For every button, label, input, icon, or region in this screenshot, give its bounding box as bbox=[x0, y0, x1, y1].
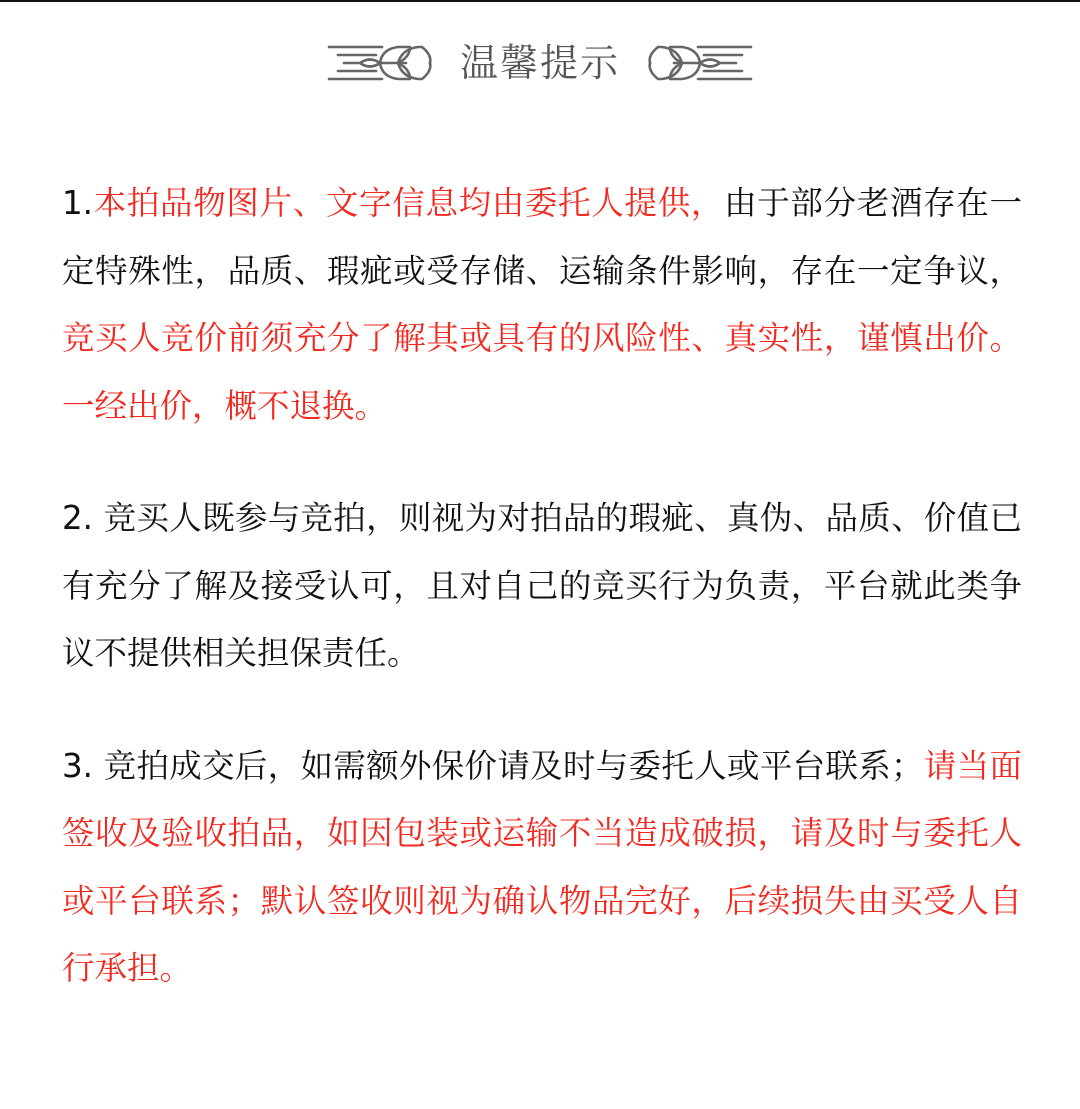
body-text: 3. 竞拍成交后，如需额外保价请及时与委托人或平台联系； bbox=[62, 747, 924, 785]
notice-item-2: 2. 竞买人既参与竞拍，则视为对拍品的瑕疵、真伪、品质、价值已有充分了解及接受认… bbox=[62, 485, 1022, 688]
body-text: 2. 竞买人既参与竞拍，则视为对拍品的瑕疵、真伪、品质、价值已有充分了解及接受认… bbox=[62, 499, 1022, 672]
notice-number: 1. bbox=[62, 184, 93, 222]
highlight-text: 竞买人竞价前须充分了解其或具有的风险性、真实性，谨慎出价。一经出价，概不退换。 bbox=[62, 319, 1022, 425]
highlight-text: 本拍品物图片、文字信息均由委托人提供， bbox=[93, 184, 724, 222]
page-title: 温馨提示 bbox=[460, 38, 620, 88]
top-divider bbox=[0, 0, 1080, 2]
notice-item-3: 3. 竞拍成交后，如需额外保价请及时与委托人或平台联系；请当面签收及验收拍品，如… bbox=[62, 733, 1022, 1003]
notice-header: 温馨提示 bbox=[0, 38, 1080, 88]
notice-content: 1.本拍品物图片、文字信息均由委托人提供，由于部分老酒存在一定特殊性，品质、瑕疵… bbox=[62, 170, 1022, 1048]
wheat-leaf-icon bbox=[326, 41, 434, 85]
notice-item-1: 1.本拍品物图片、文字信息均由委托人提供，由于部分老酒存在一定特殊性，品质、瑕疵… bbox=[62, 170, 1022, 440]
wheat-leaf-icon bbox=[646, 41, 754, 85]
